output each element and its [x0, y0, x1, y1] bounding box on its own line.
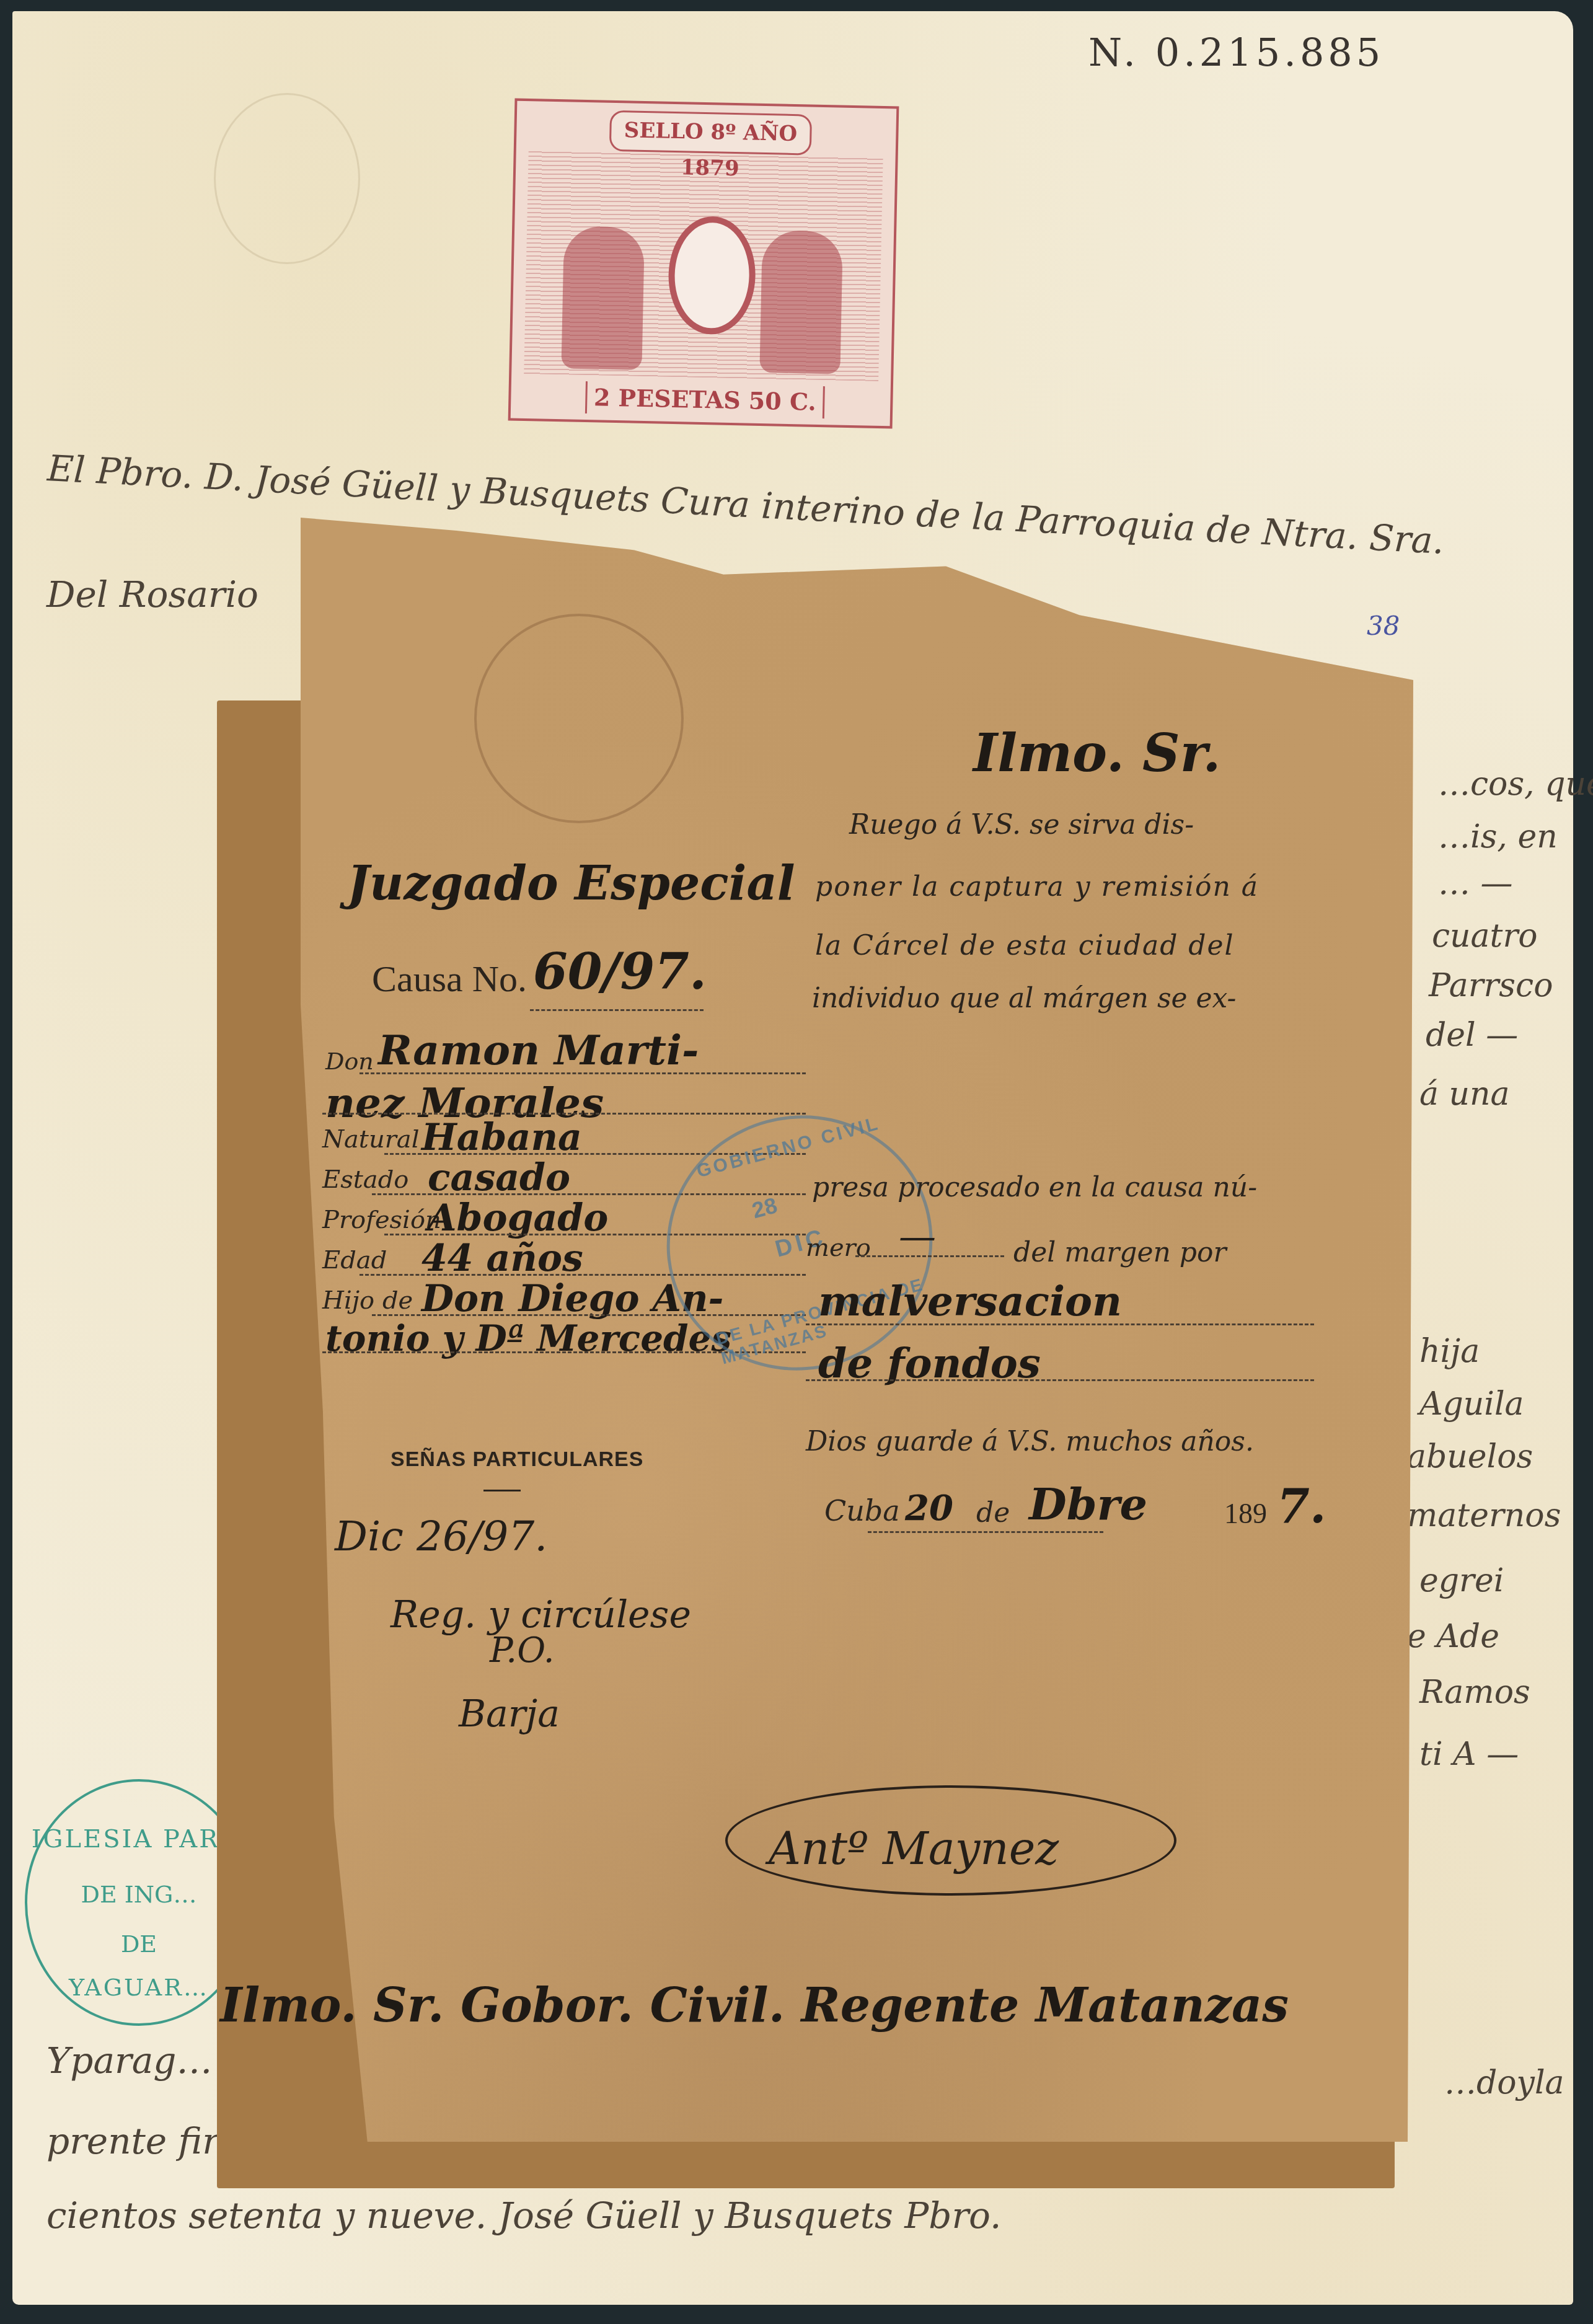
page-mark: 38: [1367, 611, 1400, 641]
stamp-value: 2 PESETAS 50 C.: [585, 381, 825, 418]
case-label: Causa No.: [372, 958, 527, 1001]
body-line: individuo que al márgen se ex-: [812, 983, 1236, 1014]
stamp-header: SELLO 8º AÑO 1879: [609, 110, 812, 156]
addressee: Ilmo. Sr. Gobor. Civil. Regente Matanzas: [220, 1977, 1289, 2033]
dotted-line: [360, 1072, 806, 1074]
field-label-natural: Natural: [322, 1125, 419, 1154]
numero-value: —: [899, 1215, 936, 1258]
stamp-oval-icon: [668, 216, 757, 335]
dotted-line: [530, 1009, 704, 1011]
base-line: ti A —: [1419, 1736, 1519, 1773]
charge-line-1: malversacion: [818, 1277, 1122, 1325]
closing-formula: Dios guarde á V.S. muchos años.: [806, 1426, 1254, 1457]
embossed-seal-icon: [214, 93, 360, 264]
field-label-edad: Edad: [322, 1246, 387, 1275]
date-year-written: 7.: [1277, 1478, 1326, 1534]
note-po: P.O.: [490, 1630, 555, 1671]
field-label-estado: Estado: [322, 1165, 408, 1194]
base-line: del —: [1426, 1017, 1518, 1054]
base-line: hija: [1419, 1333, 1480, 1370]
base-line: abuelos: [1407, 1438, 1533, 1475]
court-name: Juzgado Especial: [347, 855, 795, 911]
faded-seal-icon: [474, 614, 684, 823]
base-line: …cos, que: [1438, 766, 1593, 803]
numero-label: mero: [806, 1234, 871, 1262]
base-line: …is, en: [1438, 818, 1558, 855]
base-line: cuatro: [1432, 917, 1538, 955]
dotted-line: [806, 1379, 1314, 1381]
base-line: Ramos: [1419, 1674, 1530, 1711]
note-signature: Barja: [459, 1692, 560, 1736]
body-line: la Cárcel de esta ciudad del: [815, 930, 1235, 961]
body-line: Ruego á V.S. se sirva dis-: [849, 809, 1194, 841]
base-line: …doyla: [1444, 2064, 1564, 2101]
base-line: Aguila: [1419, 1385, 1524, 1423]
field-label-hijo: Hijo de: [322, 1286, 413, 1315]
base-line: maternos: [1407, 1497, 1561, 1534]
revenue-stamp: SELLO 8º AÑO 1879 2 PESETAS 50 C.: [508, 99, 899, 429]
allegorical-figure-icon: [759, 230, 843, 374]
field-label-don: Don: [325, 1048, 374, 1075]
base-line: Del Rosario: [46, 573, 258, 616]
base-line: … —: [1438, 865, 1513, 902]
dotted-line: [806, 1323, 1314, 1325]
body-line: presa procesado en la causa nú-: [812, 1172, 1257, 1203]
base-line: Yparag…: [46, 2039, 212, 2082]
dotted-line: [855, 1255, 1004, 1257]
body-line: poner la captura y remisión á: [815, 871, 1259, 903]
base-line: á una: [1419, 1076, 1510, 1113]
divider: [483, 1490, 521, 1491]
salutation: Ilmo. Sr.: [973, 722, 1221, 784]
allegorical-figure-icon: [561, 226, 645, 370]
base-line: e Ade: [1407, 1618, 1499, 1655]
serial-number: N. 0.215.885: [1088, 30, 1384, 75]
field-label-profesion: Profesión: [322, 1206, 441, 1234]
date-de: de: [976, 1497, 1010, 1529]
date-month: Dbre: [1029, 1478, 1147, 1530]
note-date: Dic 26/97.: [335, 1513, 547, 1560]
base-line: Parrsco: [1429, 967, 1553, 1004]
margin-suffix: del margen por: [1013, 1237, 1226, 1268]
seal-day: 28: [749, 1192, 780, 1224]
dotted-line: [322, 1113, 806, 1115]
date-place: Cuba: [824, 1494, 900, 1527]
date-year-printed: 189: [1224, 1497, 1267, 1530]
base-line: egrei: [1419, 1562, 1504, 1599]
dotted-line: [868, 1531, 1103, 1533]
date-day: 20: [905, 1488, 953, 1529]
field-value-name: Ramon Marti-: [378, 1026, 699, 1074]
official-signature: Antº Maynez: [769, 1823, 1059, 1875]
base-line: cientos setenta y nueve. José Güell y Bu…: [46, 2194, 1001, 2237]
case-number: 60/97.: [533, 942, 707, 1001]
senas-heading: SEÑAS PARTICULARES: [391, 1447, 643, 1472]
